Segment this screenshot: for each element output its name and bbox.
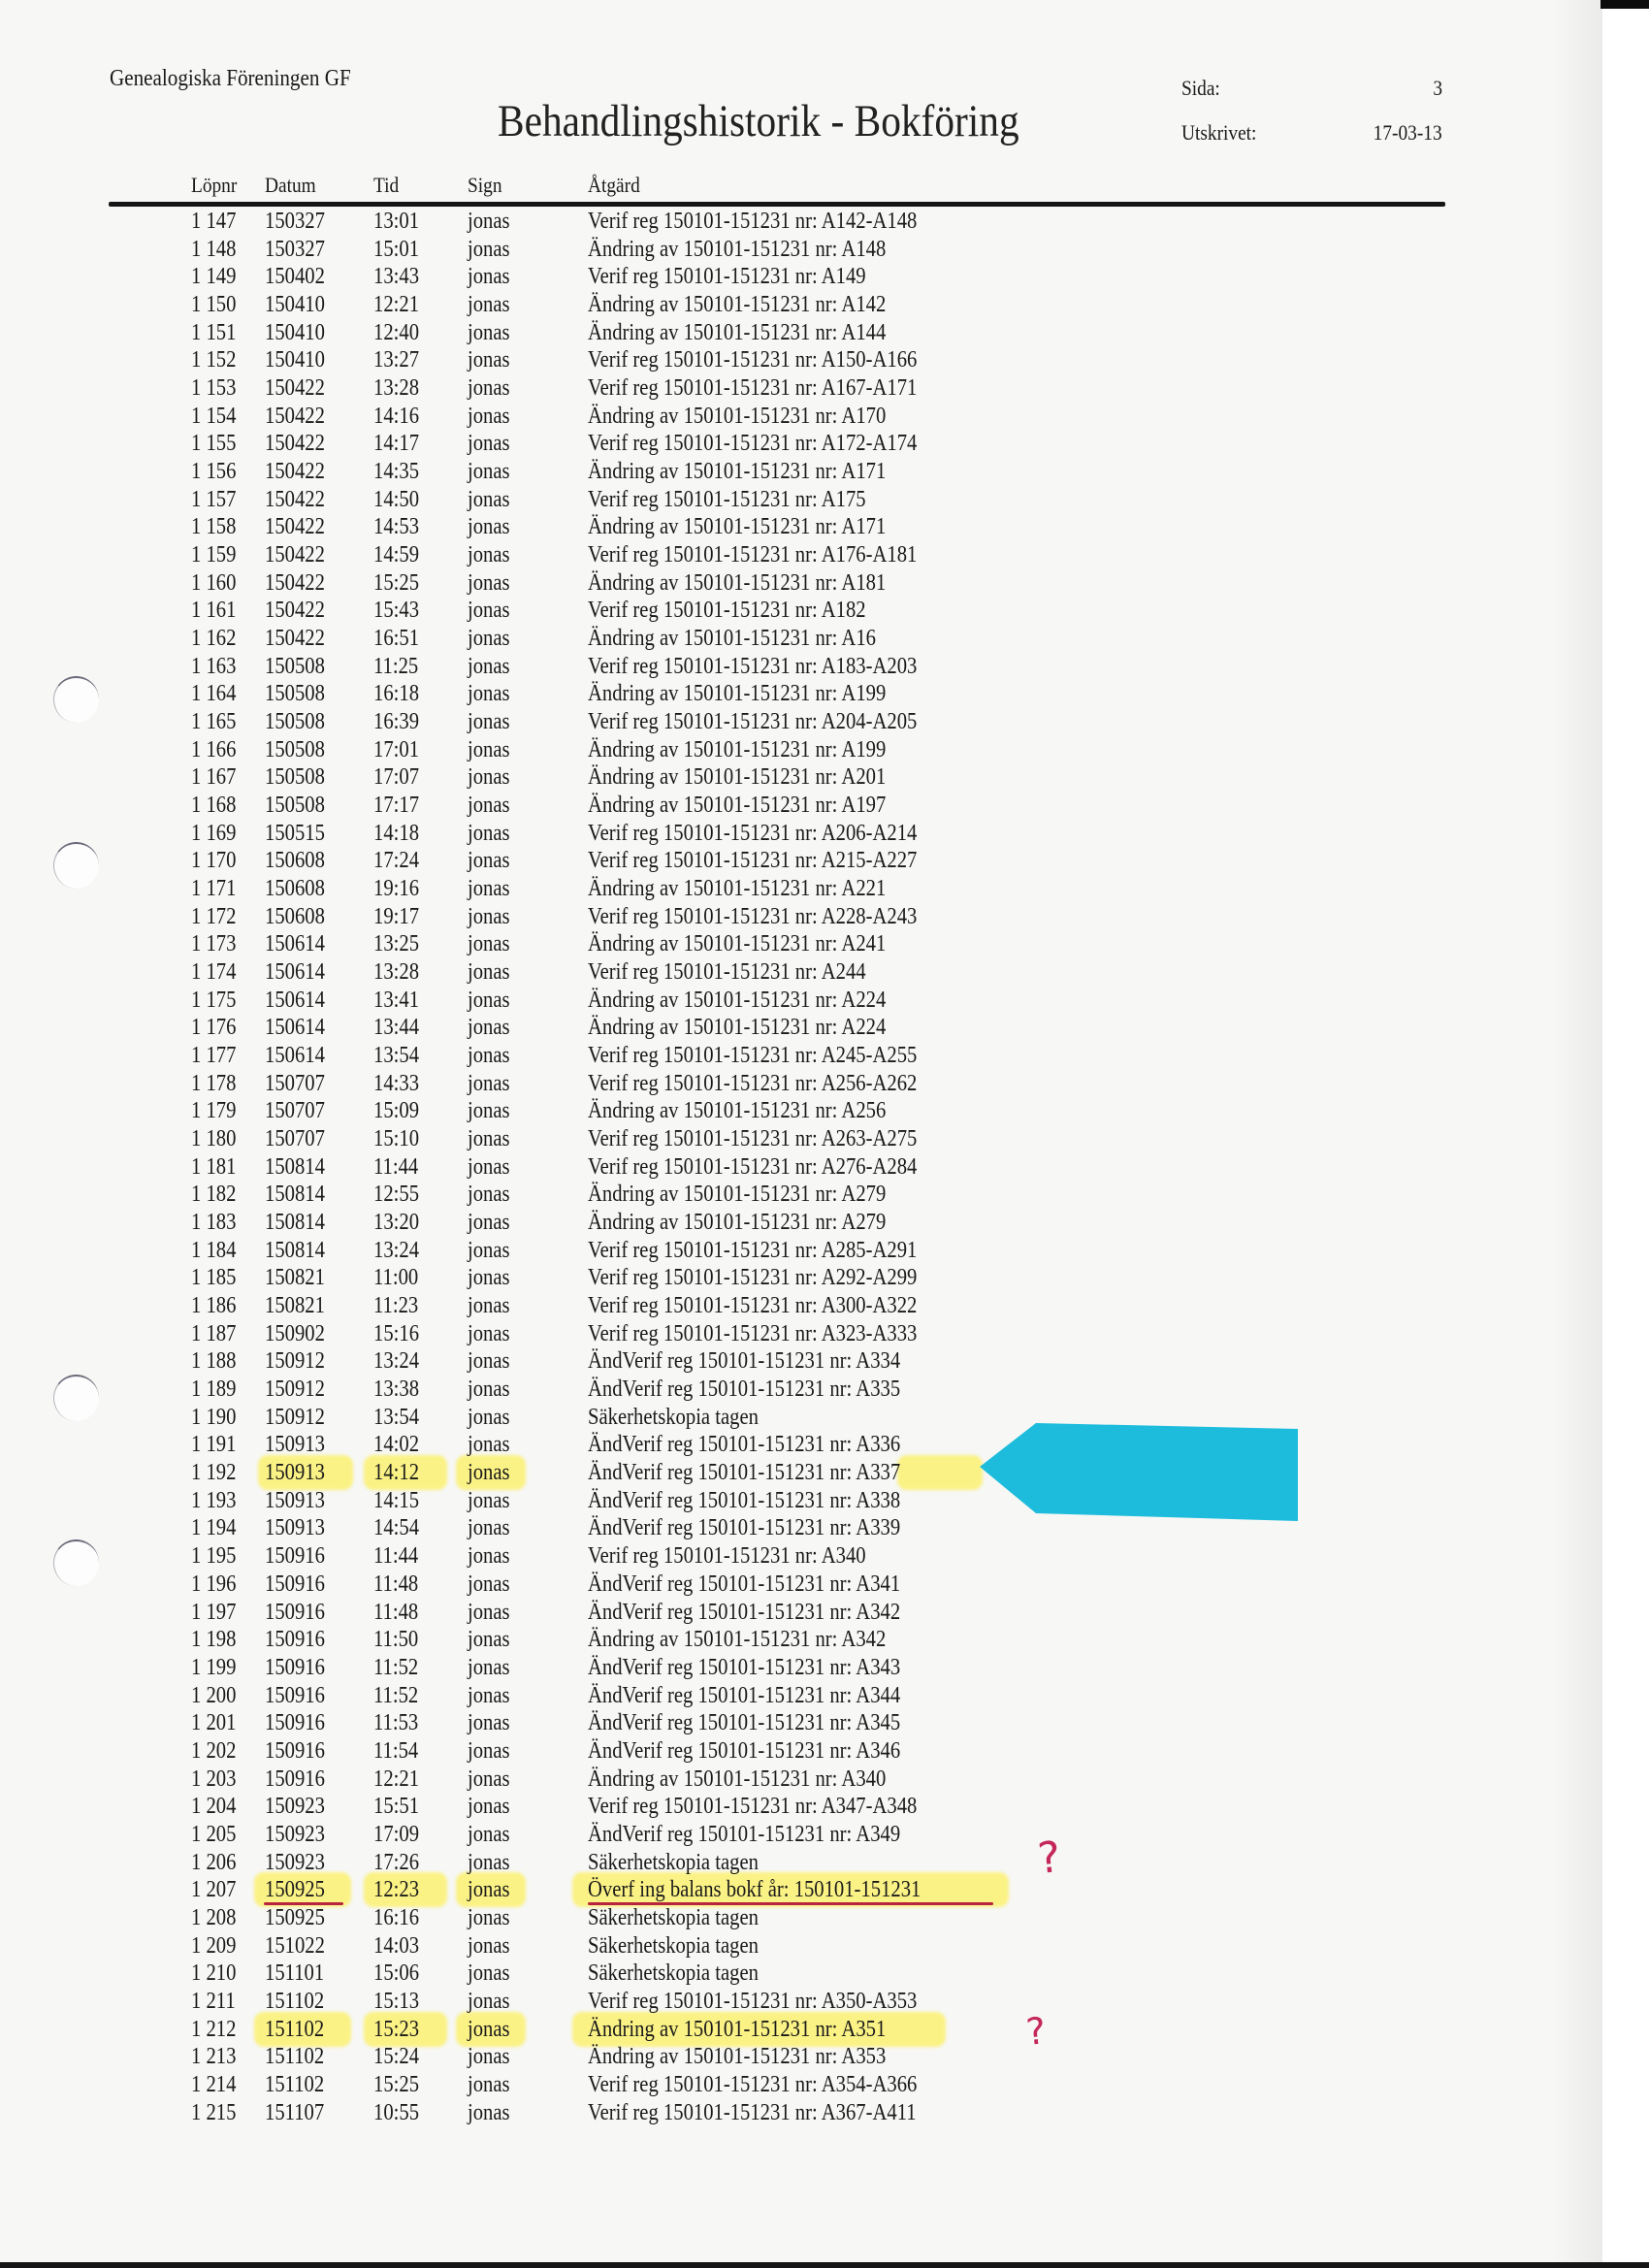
- row-lopnr: 1 214: [191, 2071, 236, 2098]
- row-sign: jonas: [468, 1682, 510, 1709]
- row-tid: 12:55: [373, 1181, 419, 1208]
- table-row: 1 20715092512:23jonasÖverf ing balans bo…: [0, 1876, 1067, 1903]
- row-tid: 12:23: [373, 1876, 419, 1903]
- row-atgard: Ändring av 150101-151231 nr: A197: [588, 792, 886, 819]
- row-lopnr: 1 177: [191, 1042, 236, 1069]
- row-lopnr: 1 201: [191, 1709, 236, 1736]
- table-row: 1 17515061413:41jonasÄndring av 150101-1…: [0, 987, 1067, 1014]
- row-tid: 14:35: [373, 458, 419, 485]
- row-atgard: ÄndVerif reg 150101-151231 nr: A335: [588, 1376, 900, 1403]
- row-sign: jonas: [468, 1599, 510, 1626]
- row-datum: 150923: [265, 1821, 325, 1848]
- row-datum: 150707: [265, 1097, 325, 1124]
- row-datum: 150916: [265, 1737, 325, 1765]
- row-atgard: Ändring av 150101-151231 nr: A340: [588, 1766, 886, 1793]
- row-lopnr: 1 160: [191, 569, 236, 597]
- row-lopnr: 1 149: [191, 263, 236, 290]
- table-row: 1 18115081411:44jonasVerif reg 150101-15…: [0, 1153, 1067, 1181]
- row-lopnr: 1 198: [191, 1626, 236, 1653]
- row-tid: 15:16: [373, 1320, 419, 1347]
- table-row: 1 18415081413:24jonasVerif reg 150101-15…: [0, 1237, 1067, 1264]
- table-row: 1 21215110215:23jonasÄndring av 150101-1…: [0, 2016, 1067, 2043]
- row-atgard: Verif reg 150101-151231 nr: A176-A181: [588, 541, 917, 568]
- row-sign: jonas: [468, 1571, 510, 1598]
- row-tid: 14:33: [373, 1070, 419, 1097]
- row-sign: jonas: [468, 541, 510, 568]
- row-sign: jonas: [468, 374, 510, 402]
- row-tid: 11:52: [373, 1682, 418, 1709]
- row-atgard: Ändring av 150101-151231 nr: A199: [588, 736, 886, 763]
- table-row: 1 14915040213:43jonasVerif reg 150101-15…: [0, 263, 1067, 290]
- row-datum: 150925: [265, 1876, 325, 1903]
- row-lopnr: 1 163: [191, 653, 236, 680]
- row-datum: 150508: [265, 792, 325, 819]
- row-lopnr: 1 191: [191, 1431, 236, 1458]
- row-datum: 150422: [265, 403, 325, 430]
- row-tid: 15:51: [373, 1793, 419, 1820]
- row-atgard: Verif reg 150101-151231 nr: A206-A214: [588, 820, 917, 847]
- table-row: 1 17615061413:44jonasÄndring av 150101-1…: [0, 1014, 1067, 1041]
- row-atgard: Verif reg 150101-151231 nr: A340: [588, 1542, 866, 1570]
- row-lopnr: 1 185: [191, 1264, 236, 1291]
- row-lopnr: 1 188: [191, 1347, 236, 1375]
- row-sign: jonas: [468, 1320, 510, 1347]
- row-sign: jonas: [468, 1209, 510, 1236]
- row-tid: 13:38: [373, 1376, 419, 1403]
- row-atgard: ÄndVerif reg 150101-151231 nr: A342: [588, 1599, 900, 1626]
- row-sign: jonas: [468, 2016, 510, 2043]
- row-sign: jonas: [468, 1821, 510, 1848]
- row-atgard: ÄndVerif reg 150101-151231 nr: A344: [588, 1682, 900, 1709]
- column-header-sign: Sign: [468, 173, 502, 198]
- row-datum: 150912: [265, 1347, 325, 1375]
- row-tid: 11:00: [373, 1264, 418, 1291]
- row-sign: jonas: [468, 1404, 510, 1431]
- row-tid: 14:16: [373, 403, 419, 430]
- row-datum: 150814: [265, 1237, 325, 1264]
- row-sign: jonas: [468, 513, 510, 540]
- row-lopnr: 1 193: [191, 1487, 236, 1514]
- row-tid: 17:07: [373, 763, 419, 791]
- row-lopnr: 1 156: [191, 458, 236, 485]
- row-atgard: Ändring av 150101-151231 nr: A171: [588, 513, 886, 540]
- row-lopnr: 1 207: [191, 1876, 236, 1903]
- row-sign: jonas: [468, 2071, 510, 2098]
- row-lopnr: 1 212: [191, 2016, 236, 2043]
- table-row: 1 19015091213:54jonasSäkerhetskopia tage…: [0, 1404, 1067, 1431]
- row-atgard: Ändring av 150101-151231 nr: A224: [588, 1014, 886, 1041]
- row-atgard: ÄndVerif reg 150101-151231 nr: A345: [588, 1709, 900, 1736]
- row-sign: jonas: [468, 987, 510, 1014]
- table-row: 1 18615082111:23jonasVerif reg 150101-15…: [0, 1292, 1067, 1319]
- row-sign: jonas: [468, 763, 510, 791]
- row-datum: 150508: [265, 708, 325, 735]
- row-atgard: Säkerhetskopia tagen: [588, 1849, 759, 1876]
- row-tid: 15:09: [373, 1097, 419, 1124]
- row-lopnr: 1 169: [191, 820, 236, 847]
- row-lopnr: 1 186: [191, 1292, 236, 1319]
- table-row: 1 19415091314:54jonasÄndVerif reg 150101…: [0, 1514, 1067, 1541]
- row-atgard: Verif reg 150101-151231 nr: A244: [588, 958, 866, 986]
- table-row: 1 16715050817:07jonasÄndring av 150101-1…: [0, 763, 1067, 791]
- row-datum: 151022: [265, 1932, 325, 1960]
- row-lopnr: 1 161: [191, 597, 236, 624]
- row-datum: 150916: [265, 1654, 325, 1681]
- row-sign: jonas: [468, 263, 510, 290]
- row-datum: 150912: [265, 1376, 325, 1403]
- row-tid: 13:27: [373, 346, 419, 373]
- row-datum: 150916: [265, 1571, 325, 1598]
- row-datum: 150608: [265, 847, 325, 874]
- row-tid: 14:59: [373, 541, 419, 568]
- row-lopnr: 1 179: [191, 1097, 236, 1124]
- row-tid: 19:16: [373, 875, 419, 902]
- row-lopnr: 1 190: [191, 1404, 236, 1431]
- row-datum: 150422: [265, 486, 325, 513]
- row-tid: 15:01: [373, 236, 419, 263]
- row-sign: jonas: [468, 1347, 510, 1375]
- table-row: 1 18215081412:55jonasÄndring av 150101-1…: [0, 1181, 1067, 1208]
- table-row: 1 14715032713:01jonasVerif reg 150101-15…: [0, 208, 1067, 235]
- table-row: 1 20615092317:26jonasSäkerhetskopia tage…: [0, 1849, 1067, 1876]
- row-sign: jonas: [468, 319, 510, 346]
- row-datum: 150814: [265, 1209, 325, 1236]
- row-tid: 14:17: [373, 430, 419, 457]
- table-row: 1 17915070715:09jonasÄndring av 150101-1…: [0, 1097, 1067, 1124]
- row-sign: jonas: [468, 236, 510, 263]
- row-datum: 150707: [265, 1070, 325, 1097]
- row-lopnr: 1 178: [191, 1070, 236, 1097]
- table-row: 1 21115110215:13jonasVerif reg 150101-15…: [0, 1988, 1067, 2015]
- table-row: 1 15315042213:28jonasVerif reg 150101-15…: [0, 374, 1067, 402]
- row-tid: 13:28: [373, 374, 419, 402]
- table-row: 1 20915102214:03jonasSäkerhetskopia tage…: [0, 1932, 1067, 1960]
- row-sign: jonas: [468, 680, 510, 707]
- row-tid: 13:44: [373, 1014, 419, 1041]
- row-datum: 151102: [265, 1988, 324, 2015]
- table-row: 1 15715042214:50jonasVerif reg 150101-15…: [0, 486, 1067, 513]
- row-sign: jonas: [468, 903, 510, 930]
- row-lopnr: 1 180: [191, 1125, 236, 1152]
- row-datum: 150508: [265, 653, 325, 680]
- row-atgard: Verif reg 150101-151231 nr: A354-A366: [588, 2071, 917, 2098]
- row-sign: jonas: [468, 1932, 510, 1960]
- table-row: 1 21015110115:06jonasSäkerhetskopia tage…: [0, 1960, 1067, 1987]
- row-datum: 150916: [265, 1709, 325, 1736]
- row-tid: 12:40: [373, 319, 419, 346]
- row-tid: 17:01: [373, 736, 419, 763]
- row-datum: 150327: [265, 236, 325, 263]
- table-row: 1 15115041012:40jonasÄndring av 150101-1…: [0, 319, 1067, 346]
- row-lopnr: 1 202: [191, 1737, 236, 1765]
- row-sign: jonas: [468, 1737, 510, 1765]
- row-tid: 14:15: [373, 1487, 419, 1514]
- row-tid: 17:09: [373, 1821, 419, 1848]
- row-lopnr: 1 181: [191, 1153, 236, 1181]
- row-datum: 150614: [265, 1014, 325, 1041]
- table-row: 1 20515092317:09jonasÄndVerif reg 150101…: [0, 1821, 1067, 1848]
- row-datum: 150821: [265, 1264, 325, 1291]
- table-row: 1 15615042214:35jonasÄndring av 150101-1…: [0, 458, 1067, 485]
- row-datum: 150614: [265, 958, 325, 986]
- row-sign: jonas: [468, 1070, 510, 1097]
- row-atgard: ÄndVerif reg 150101-151231 nr: A343: [588, 1654, 900, 1681]
- row-tid: 17:17: [373, 792, 419, 819]
- column-header-tid: Tid: [373, 173, 399, 198]
- row-tid: 11:52: [373, 1654, 418, 1681]
- row-tid: 16:39: [373, 708, 419, 735]
- row-atgard: Ändring av 150101-151231 nr: A148: [588, 236, 886, 263]
- row-atgard: Säkerhetskopia tagen: [588, 1904, 759, 1931]
- row-tid: 13:25: [373, 930, 419, 957]
- row-atgard: Ändring av 150101-151231 nr: A279: [588, 1181, 886, 1208]
- row-sign: jonas: [468, 1431, 510, 1458]
- row-tid: 15:23: [373, 2016, 419, 2043]
- row-datum: 150608: [265, 875, 325, 902]
- row-datum: 150916: [265, 1766, 325, 1793]
- row-tid: 15:24: [373, 2043, 419, 2070]
- table-row: 1 19715091611:48jonasÄndVerif reg 150101…: [0, 1599, 1067, 1626]
- row-datum: 150821: [265, 1292, 325, 1319]
- row-tid: 12:21: [373, 291, 419, 318]
- row-tid: 15:06: [373, 1960, 419, 1987]
- table-row: 1 20815092516:16jonasSäkerhetskopia tage…: [0, 1904, 1067, 1931]
- table-row: 1 21315110215:24jonasÄndring av 150101-1…: [0, 2043, 1067, 2070]
- row-sign: jonas: [468, 403, 510, 430]
- row-lopnr: 1 209: [191, 1932, 236, 1960]
- row-sign: jonas: [468, 458, 510, 485]
- table-row: 1 20015091611:52jonasÄndVerif reg 150101…: [0, 1682, 1067, 1709]
- row-datum: 150916: [265, 1599, 325, 1626]
- row-tid: 13:43: [373, 263, 419, 290]
- column-header-atgard: Åtgärd: [588, 173, 640, 198]
- row-tid: 10:55: [373, 2099, 419, 2126]
- row-atgard: Säkerhetskopia tagen: [588, 1960, 759, 1987]
- table-row: 1 18715090215:16jonasVerif reg 150101-15…: [0, 1320, 1067, 1347]
- row-datum: 150515: [265, 820, 325, 847]
- table-row: 1 16815050817:17jonasÄndring av 150101-1…: [0, 792, 1067, 819]
- table-row: 1 18815091213:24jonasÄndVerif reg 150101…: [0, 1347, 1067, 1375]
- row-sign: jonas: [468, 1042, 510, 1069]
- row-atgard: Verif reg 150101-151231 nr: A175: [588, 486, 866, 513]
- row-sign: jonas: [468, 430, 510, 457]
- row-sign: jonas: [468, 486, 510, 513]
- row-tid: 15:13: [373, 1988, 419, 2015]
- row-lopnr: 1 158: [191, 513, 236, 540]
- row-datum: 150422: [265, 374, 325, 402]
- row-sign: jonas: [468, 1125, 510, 1152]
- row-lopnr: 1 211: [191, 1988, 236, 2015]
- row-atgard: ÄndVerif reg 150101-151231 nr: A337: [588, 1459, 900, 1486]
- row-tid: 15:25: [373, 2071, 419, 2098]
- row-datum: 150912: [265, 1404, 325, 1431]
- row-lopnr: 1 171: [191, 875, 236, 902]
- row-atgard: ÄndVerif reg 150101-151231 nr: A338: [588, 1487, 900, 1514]
- row-tid: 17:24: [373, 847, 419, 874]
- table-row: 1 20315091612:21jonasÄndring av 150101-1…: [0, 1766, 1067, 1793]
- row-sign: jonas: [468, 1904, 510, 1931]
- row-atgard: Verif reg 150101-151231 nr: A150-A166: [588, 346, 917, 373]
- row-datum: 150410: [265, 291, 325, 318]
- row-lopnr: 1 148: [191, 236, 236, 263]
- row-atgard: Ändring av 150101-151231 nr: A351: [588, 2016, 886, 2043]
- row-lopnr: 1 192: [191, 1459, 236, 1486]
- table-row: 1 18315081413:20jonasÄndring av 150101-1…: [0, 1209, 1067, 1236]
- row-sign: jonas: [468, 1514, 510, 1541]
- row-datum: 150614: [265, 1042, 325, 1069]
- row-datum: 150916: [265, 1542, 325, 1570]
- row-lopnr: 1 154: [191, 403, 236, 430]
- row-lopnr: 1 197: [191, 1599, 236, 1626]
- row-sign: jonas: [468, 1542, 510, 1570]
- row-tid: 14:18: [373, 820, 419, 847]
- row-datum: 150422: [265, 541, 325, 568]
- row-atgard: Ändring av 150101-151231 nr: A256: [588, 1097, 886, 1124]
- printed-label: Utskrivet:: [1181, 120, 1256, 146]
- scan-border-bottom: [0, 2262, 1649, 2268]
- row-tid: 13:24: [373, 1237, 419, 1264]
- table-row: 1 16415050816:18jonasÄndring av 150101-1…: [0, 680, 1067, 707]
- row-atgard: Verif reg 150101-151231 nr: A245-A255: [588, 1042, 917, 1069]
- row-datum: 150508: [265, 736, 325, 763]
- header-rule: [109, 202, 1445, 207]
- row-atgard: Verif reg 150101-151231 nr: A367-A411: [588, 2099, 917, 2126]
- row-atgard: Verif reg 150101-151231 nr: A172-A174: [588, 430, 917, 457]
- table-row: 1 16015042215:25jonasÄndring av 150101-1…: [0, 569, 1067, 597]
- row-lopnr: 1 199: [191, 1654, 236, 1681]
- row-sign: jonas: [468, 1181, 510, 1208]
- row-atgard: ÄndVerif reg 150101-151231 nr: A346: [588, 1737, 900, 1765]
- table-row: 1 21515110710:55jonasVerif reg 150101-15…: [0, 2099, 1067, 2126]
- row-tid: 13:24: [373, 1347, 419, 1375]
- row-datum: 151102: [265, 2043, 324, 2070]
- table-row: 1 19215091314:12jonasÄndVerif reg 150101…: [0, 1459, 1067, 1486]
- row-tid: 13:54: [373, 1042, 419, 1069]
- table-row: 1 19115091314:02jonasÄndVerif reg 150101…: [0, 1431, 1067, 1458]
- row-tid: 13:20: [373, 1209, 419, 1236]
- row-tid: 11:23: [373, 1292, 418, 1319]
- row-atgard: Verif reg 150101-151231 nr: A142-A148: [588, 208, 917, 235]
- row-datum: 150902: [265, 1320, 325, 1347]
- row-datum: 150422: [265, 625, 325, 652]
- row-lopnr: 1 195: [191, 1542, 236, 1570]
- row-sign: jonas: [468, 1237, 510, 1264]
- table-row: 1 17415061413:28jonasVerif reg 150101-15…: [0, 958, 1067, 986]
- row-atgard: ÄndVerif reg 150101-151231 nr: A341: [588, 1571, 900, 1598]
- row-sign: jonas: [468, 1793, 510, 1820]
- row-atgard: ÄndVerif reg 150101-151231 nr: A339: [588, 1514, 900, 1541]
- row-lopnr: 1 182: [191, 1181, 236, 1208]
- table-row: 1 15815042214:53jonasÄndring av 150101-1…: [0, 513, 1067, 540]
- table-row: 1 19915091611:52jonasÄndVerif reg 150101…: [0, 1654, 1067, 1681]
- table-row: 1 18515082111:00jonasVerif reg 150101-15…: [0, 1264, 1067, 1291]
- row-sign: jonas: [468, 820, 510, 847]
- row-sign: jonas: [468, 1988, 510, 2015]
- table-row: 1 16915051514:18jonasVerif reg 150101-15…: [0, 820, 1067, 847]
- row-datum: 150422: [265, 430, 325, 457]
- row-datum: 150814: [265, 1181, 325, 1208]
- row-sign: jonas: [468, 930, 510, 957]
- row-sign: jonas: [468, 2043, 510, 2070]
- row-lopnr: 1 168: [191, 792, 236, 819]
- row-sign: jonas: [468, 1097, 510, 1124]
- table-row: 1 19315091314:15jonasÄndVerif reg 150101…: [0, 1487, 1067, 1514]
- row-atgard: Ändring av 150101-151231 nr: A201: [588, 763, 886, 791]
- row-tid: 11:48: [373, 1571, 418, 1598]
- row-atgard: Verif reg 150101-151231 nr: A350-A353: [588, 1988, 917, 2015]
- row-atgard: Verif reg 150101-151231 nr: A149: [588, 263, 866, 290]
- row-sign: jonas: [468, 208, 510, 235]
- row-datum: 150608: [265, 903, 325, 930]
- table-row: 1 20415092315:51jonasVerif reg 150101-15…: [0, 1793, 1067, 1820]
- row-lopnr: 1 208: [191, 1904, 236, 1931]
- row-tid: 11:48: [373, 1599, 418, 1626]
- row-lopnr: 1 200: [191, 1682, 236, 1709]
- row-sign: jonas: [468, 346, 510, 373]
- page-number: 3: [1433, 76, 1442, 101]
- row-tid: 16:18: [373, 680, 419, 707]
- row-sign: jonas: [468, 2099, 510, 2126]
- row-datum: 150923: [265, 1793, 325, 1820]
- row-tid: 13:01: [373, 208, 419, 235]
- row-sign: jonas: [468, 1292, 510, 1319]
- row-lopnr: 1 215: [191, 2099, 236, 2126]
- table-row: 1 16515050816:39jonasVerif reg 150101-15…: [0, 708, 1067, 735]
- row-tid: 15:25: [373, 569, 419, 597]
- row-sign: jonas: [468, 736, 510, 763]
- row-datum: 150508: [265, 680, 325, 707]
- row-lopnr: 1 167: [191, 763, 236, 791]
- table-row: 1 15515042214:17jonasVerif reg 150101-15…: [0, 430, 1067, 457]
- row-tid: 14:02: [373, 1431, 419, 1458]
- row-atgard: Ändring av 150101-151231 nr: A171: [588, 458, 886, 485]
- row-tid: 14:03: [373, 1932, 419, 1960]
- row-lopnr: 1 183: [191, 1209, 236, 1236]
- table-row: 1 16315050811:25jonasVerif reg 150101-15…: [0, 653, 1067, 680]
- row-tid: 11:54: [373, 1737, 418, 1765]
- row-lopnr: 1 206: [191, 1849, 236, 1876]
- row-datum: 150422: [265, 569, 325, 597]
- row-lopnr: 1 175: [191, 987, 236, 1014]
- row-lopnr: 1 150: [191, 291, 236, 318]
- table-row: 1 21415110215:25jonasVerif reg 150101-15…: [0, 2071, 1067, 2098]
- table-row: 1 17215060819:17jonasVerif reg 150101-15…: [0, 903, 1067, 930]
- row-tid: 11:53: [373, 1709, 418, 1736]
- row-datum: 151102: [265, 2071, 324, 2098]
- row-tid: 12:21: [373, 1766, 419, 1793]
- row-sign: jonas: [468, 1459, 510, 1486]
- row-atgard: Ändring av 150101-151231 nr: A224: [588, 987, 886, 1014]
- row-atgard: Säkerhetskopia tagen: [588, 1932, 759, 1960]
- row-datum: 150508: [265, 763, 325, 791]
- row-sign: jonas: [468, 1487, 510, 1514]
- row-atgard: Verif reg 150101-151231 nr: A285-A291: [588, 1237, 917, 1264]
- table-row: 1 19515091611:44jonasVerif reg 150101-15…: [0, 1542, 1067, 1570]
- row-sign: jonas: [468, 1626, 510, 1653]
- row-datum: 150402: [265, 263, 325, 290]
- row-atgard: Ändring av 150101-151231 nr: A353: [588, 2043, 886, 2070]
- row-datum: 150614: [265, 930, 325, 957]
- row-atgard: Verif reg 150101-151231 nr: A292-A299: [588, 1264, 917, 1291]
- row-tid: 11:50: [373, 1626, 418, 1653]
- row-lopnr: 1 203: [191, 1766, 236, 1793]
- row-atgard: Verif reg 150101-151231 nr: A167-A171: [588, 374, 917, 402]
- row-atgard: Ändring av 150101-151231 nr: A144: [588, 319, 886, 346]
- row-datum: 150913: [265, 1431, 325, 1458]
- row-lopnr: 1 194: [191, 1514, 236, 1541]
- row-atgard: Ändring av 150101-151231 nr: A279: [588, 1209, 886, 1236]
- row-datum: 150814: [265, 1153, 325, 1181]
